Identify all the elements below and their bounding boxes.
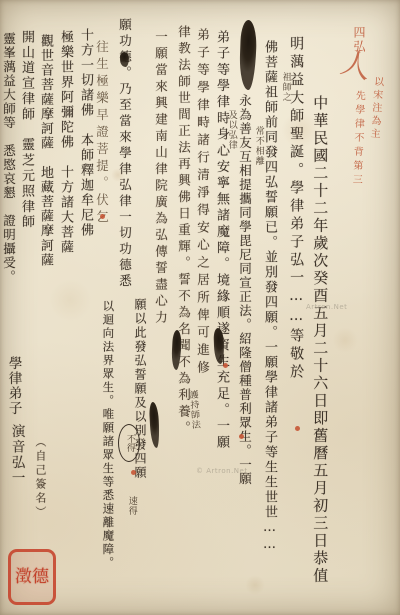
manuscript-column: 以迴向法界眾生。唯願諸眾生等悉速離魔障。 bbox=[102, 300, 114, 570]
manuscript-column: 開山道宣律師 靈芝元照律師 bbox=[19, 30, 33, 230]
signature-self-sign-note: （自己簽名） bbox=[34, 436, 46, 520]
watermark-text: Artron.Net bbox=[306, 303, 347, 311]
circled-correction: 不得 bbox=[118, 424, 140, 462]
ink-blot bbox=[149, 402, 160, 448]
manuscript-column: 永為善友互相提攜同學毘尼同宣正法。紹隆僧種普利眾生。一願 bbox=[238, 94, 252, 486]
insertion-note: 速得 bbox=[126, 496, 136, 516]
red-dot-mark bbox=[239, 434, 244, 439]
manuscript-column: 極樂世界阿彌陀佛 十方諸大菩薩 bbox=[58, 30, 72, 255]
ink-blot bbox=[239, 20, 257, 91]
manuscript-column: 弟子等學律時身心安寧無諸魔障。境緣順遂資生充足。一願 bbox=[214, 30, 228, 451]
red-dot-mark bbox=[223, 363, 228, 368]
ink-blot bbox=[120, 52, 129, 67]
watermark-text: © Artron.Net bbox=[196, 467, 248, 475]
red-dot-mark bbox=[131, 470, 136, 475]
red-dot-mark bbox=[295, 426, 300, 431]
manuscript-column: 佛菩薩祖師前同發四弘誓願已。並別發四願。一願學律諸弟子等生生世世…… bbox=[262, 40, 276, 554]
red-annotation-left-branch: 先學律不背第三 bbox=[349, 90, 363, 188]
manuscript-column: 律教法師世間正法再興佛日重輝。誓不為名聞不為利養。 bbox=[177, 25, 191, 438]
manuscript-column: 中華民國二十二年歲次癸酉五月二十六日即舊曆五月初三日恭值 bbox=[312, 95, 328, 585]
red-branch-mark-icon: 人 bbox=[333, 45, 372, 82]
manuscript-scan: 四弘 人 以宋注為主 先學律不背第三 中華民國二十二年歲次癸酉五月二十六日即舊曆… bbox=[0, 0, 400, 615]
manuscript-column: 十方一切諸佛 本師釋迦牟尼佛 bbox=[78, 28, 92, 238]
red-annotation-right-branch: 以宋注為主 bbox=[367, 76, 382, 142]
insertion-note: 及以弘律 bbox=[226, 110, 236, 150]
manuscript-column: 觀世音菩薩摩訶薩 地藏菩薩摩訶薩 bbox=[38, 34, 52, 268]
signature-line: 演音弘一 bbox=[9, 424, 24, 486]
manuscript-column: 靈峯蕅益大師等 悉愍哀懇 證明攝受。 bbox=[2, 32, 16, 284]
red-dot-mark bbox=[100, 214, 105, 219]
insertion-note: 護持師法 bbox=[187, 390, 199, 431]
circled-correction-text: 不得 bbox=[124, 434, 134, 452]
manuscript-column: 往生極樂早證菩提。伏乞 bbox=[95, 40, 109, 227]
manuscript-column: 弟子等學律畤諸行清淨得安心之居所俾可進修 bbox=[196, 28, 210, 378]
red-seal-stamp-icon: 澂德 bbox=[8, 549, 56, 605]
signature-line: 學律弟子 bbox=[6, 356, 21, 416]
insertion-note: 常不相離 bbox=[253, 126, 263, 166]
manuscript-column: 一願當來興建南山律院廣為弘傳誓盡心力 bbox=[154, 30, 168, 327]
seal-characters: 澂德 bbox=[15, 569, 49, 586]
insertion-note: 祖師之 bbox=[280, 72, 290, 102]
